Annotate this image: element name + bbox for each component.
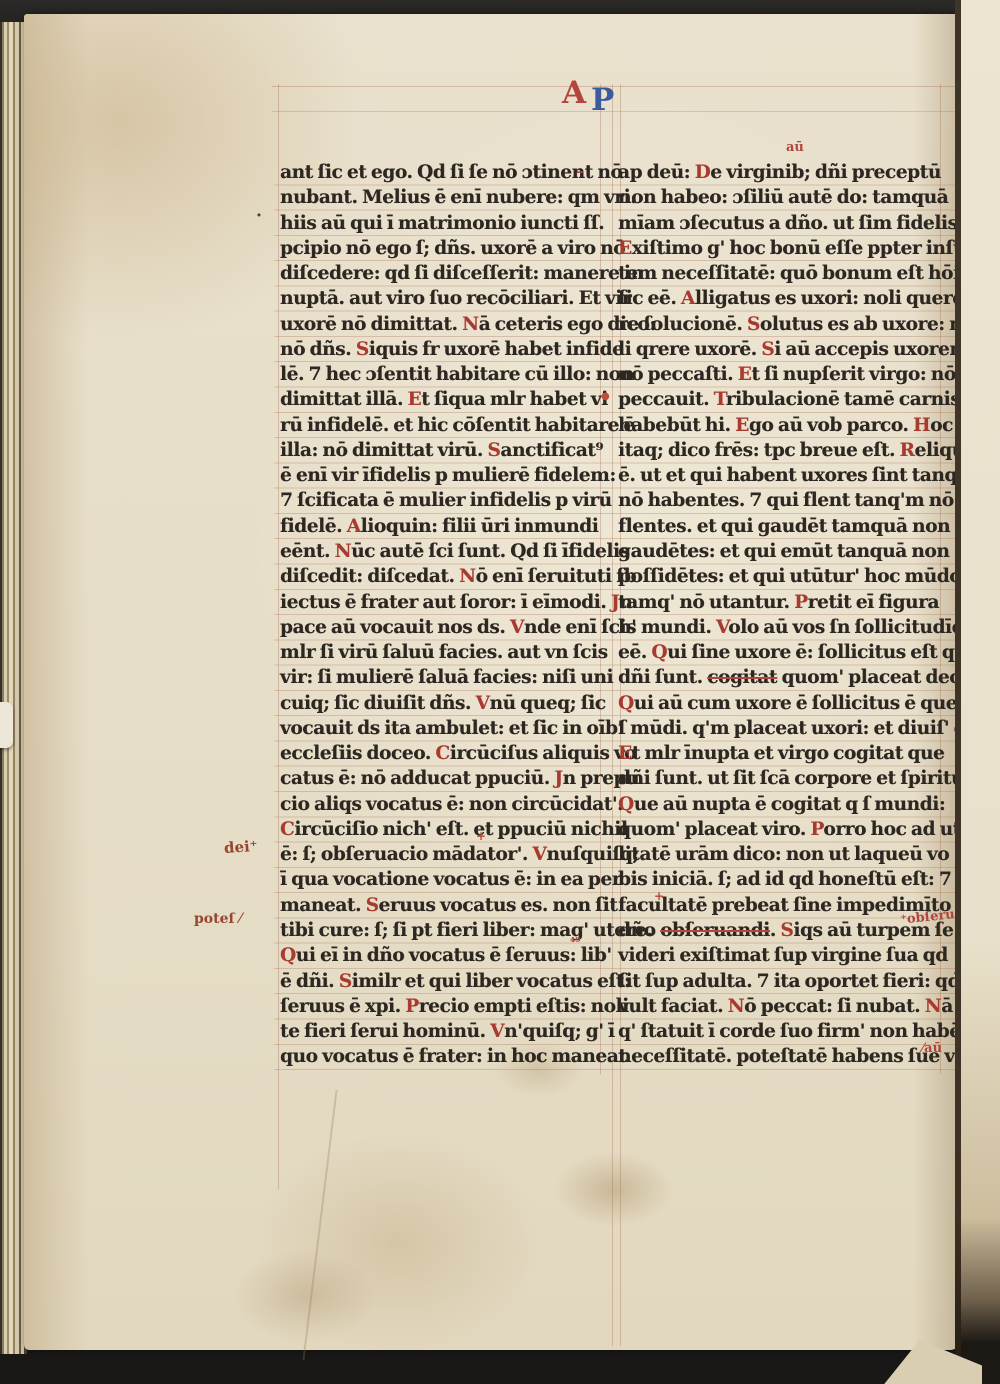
correction-plus-left: + <box>476 830 486 842</box>
running-title-letter-a: A <box>562 78 586 109</box>
correction-plus-right: + <box>654 890 664 902</box>
bookmark-tab <box>0 702 13 748</box>
margin-note-dei: dei⁺ <box>224 839 259 856</box>
correction-er: ⁴⁹ <box>570 936 581 948</box>
manuscript-photo: ant ſic et ego. Qd ſi ſe nō ɔtinent nōnu… <box>0 0 1000 1384</box>
line-filler-dash: – <box>576 164 584 179</box>
margin-note-potes: poteſ ⁄ <box>194 912 242 926</box>
interlinear-gloss-au: aū <box>786 141 804 154</box>
margin-dot: · <box>256 208 262 225</box>
book-page-edges <box>0 22 27 1354</box>
paragraph-dot: ● <box>601 392 610 402</box>
annotation-layer: APaū–·●+dei⁺poteſ ⁄+⁴⁹⁺obſeruañ⁄aū <box>24 14 960 1350</box>
manuscript-page: ant ſic et ego. Qd ſi ſe nō ɔtinent nōnu… <box>24 14 960 1350</box>
running-title-letter-p: P <box>591 85 614 116</box>
margin-note-au-lower: ⁄aū <box>922 1042 942 1055</box>
next-page-edge <box>955 0 1000 1384</box>
